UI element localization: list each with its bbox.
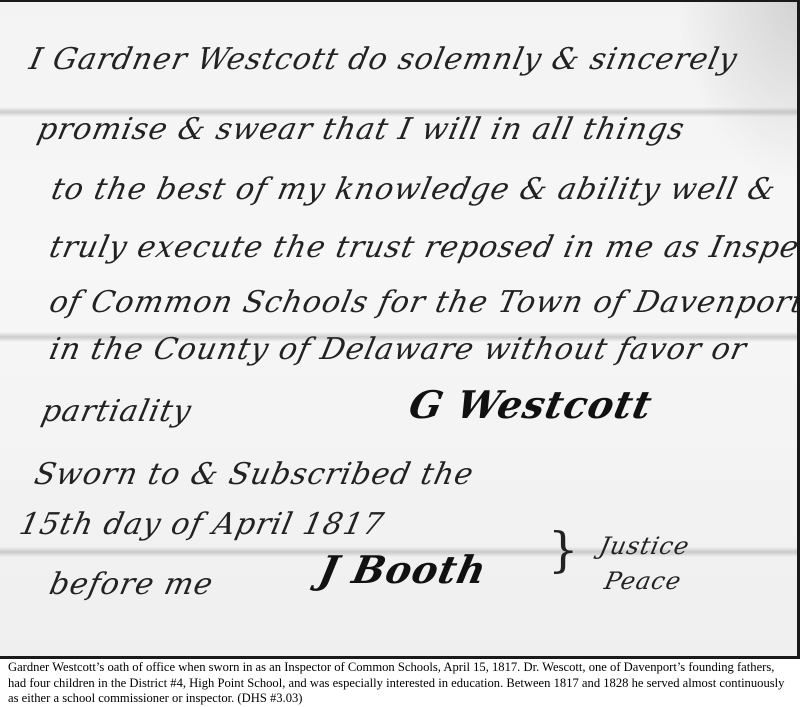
oath-line-7: partiality	[38, 394, 195, 429]
oath-line-4: truly execute the trust reposed in me as…	[46, 230, 800, 265]
oath-line-1: I Gardner Westcott do solemnly & sincere…	[26, 42, 740, 77]
oath-line-5: of Common Schools for the Town of Davenp…	[46, 285, 800, 320]
image-caption: Gardner Westcott’s oath of office when s…	[8, 660, 794, 707]
paper-shadow	[677, 2, 797, 182]
oath-line-3: to the best of my knowledge & ability we…	[48, 172, 779, 207]
attestation-line-1: Sworn to & Subscribed the	[31, 457, 477, 492]
oath-document-scan: I Gardner Westcott do solemnly & sincere…	[0, 0, 800, 659]
attestation-line-2: 15th day of April 1817	[16, 507, 387, 542]
oath-line-6: in the County of Delaware without favor …	[46, 332, 750, 367]
attestation-line-3: before me	[46, 567, 216, 602]
brace: }	[548, 522, 580, 578]
booth-signature: J Booth	[315, 547, 491, 592]
official-title-2: Peace	[602, 567, 684, 595]
westcott-signature: G Westcott	[405, 382, 657, 427]
oath-line-2: promise & swear that I will in all thing…	[34, 112, 688, 147]
official-title-1: Justice	[597, 532, 692, 560]
